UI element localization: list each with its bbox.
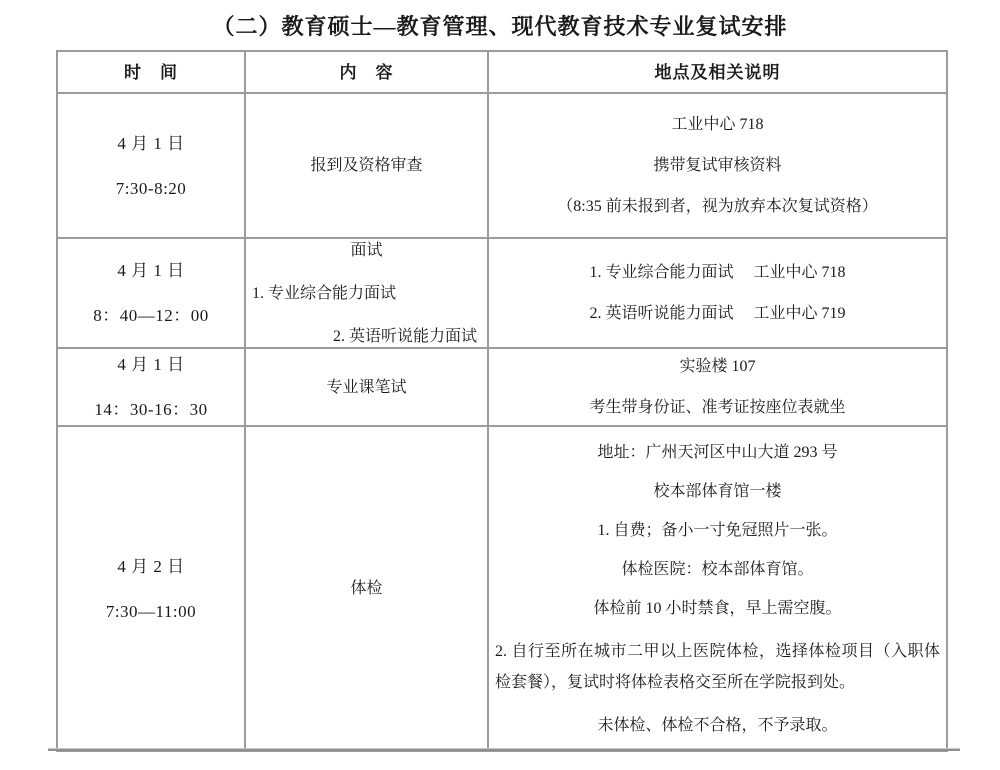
row3-content-cell: 专业课笔试: [246, 349, 489, 427]
row4-detail-fasting: 体检前 10 小时禁食，早上需空腹。: [593, 597, 841, 620]
row1-content-cell: 报到及资格审查: [246, 94, 489, 239]
row2-details-cell: 1. 专业综合能力面试 工业中心 718 2. 英语听说能力面试 工业中心 71…: [489, 239, 946, 349]
row2-detail-item2: 2. 英语听说能力面试 工业中心 719: [589, 302, 845, 325]
row3-time-cell: 4 月 1 日 14：30-16：30: [58, 349, 246, 427]
row2-content-item2: 2. 英语听说能力面试: [333, 325, 483, 348]
row4-detail-address: 地址：广州天河区中山大道 293 号: [597, 441, 837, 464]
row2-content-title: 面试: [350, 239, 382, 262]
row3-date: 4 月 1 日: [117, 353, 184, 376]
header-time-label: 时 间: [124, 61, 178, 84]
header-content-label: 内 容: [340, 61, 394, 84]
row1-detail-note: （8:35 前未报到者，视为放弃本次复试资格）: [557, 195, 877, 218]
row4-content-cell: 体检: [246, 427, 489, 750]
row4-detail-external: 2. 自行至所在城市二甲以上医院体检，选择体检项目（入职体检套餐），复试时将体检…: [495, 636, 940, 698]
row1-date: 4 月 1 日: [117, 132, 184, 155]
row2-detail-item1: 1. 专业综合能力面试 工业中心 718: [589, 261, 845, 284]
row4-detail-fee: 1. 自费；备小一寸免冠照片一张。: [597, 519, 837, 542]
row4-date: 4 月 2 日: [117, 555, 184, 578]
row4-detail-building: 校本部体育馆一楼: [653, 480, 781, 503]
row3-content: 专业课笔试: [326, 376, 406, 399]
row4-content: 体检: [350, 577, 382, 600]
header-details: 地点及相关说明: [489, 52, 946, 94]
table-bottom-rule: [48, 748, 960, 751]
schedule-table: 时 间 内 容 地点及相关说明 4 月 1 日 7:30-8:20 报到及资格审…: [56, 50, 948, 752]
row4-time-range: 7:30—11:00: [106, 600, 196, 623]
header-content: 内 容: [246, 52, 489, 94]
row1-details-cell: 工业中心 718 携带复试审核资料 （8:35 前未报到者，视为放弃本次复试资格…: [489, 94, 946, 239]
row2-content-item1: 1. 专业综合能力面试: [250, 282, 396, 305]
row1-detail-location: 工业中心 718: [671, 113, 763, 136]
row3-details-cell: 实验楼 107 考生带身份证、准考证按座位表就坐: [489, 349, 946, 427]
header-details-label: 地点及相关说明: [655, 61, 781, 84]
row3-time-range: 14：30-16：30: [94, 398, 207, 421]
row2-time-cell: 4 月 1 日 8：40—12：00: [58, 239, 246, 349]
row1-detail-materials: 携带复试审核资料: [653, 154, 781, 177]
row2-date: 4 月 1 日: [117, 259, 184, 282]
row3-detail-location: 实验楼 107: [679, 355, 755, 378]
row2-content-cell: 面试 1. 专业综合能力面试 2. 英语听说能力面试: [246, 239, 489, 349]
page-title: （二）教育硕士—教育管理、现代教育技术专业复试安排: [0, 10, 1000, 41]
row4-details-cell: 地址：广州天河区中山大道 293 号 校本部体育馆一楼 1. 自费；备小一寸免冠…: [489, 427, 946, 750]
row3-detail-note: 考生带身份证、准考证按座位表就坐: [589, 396, 845, 419]
row4-detail-hospital: 体检医院：校本部体育馆。: [621, 558, 813, 581]
row4-detail-warning: 未体检、体检不合格，不予录取。: [597, 714, 837, 737]
document-page: （二）教育硕士—教育管理、现代教育技术专业复试安排 时 间 内 容 地点及相关说…: [0, 0, 1000, 770]
row1-content: 报到及资格审查: [310, 154, 422, 177]
row1-time-range: 7:30-8:20: [116, 177, 187, 200]
row2-time-range: 8：40—12：00: [93, 304, 209, 327]
header-time: 时 间: [58, 52, 246, 94]
row4-time-cell: 4 月 2 日 7:30—11:00: [58, 427, 246, 750]
row1-time-cell: 4 月 1 日 7:30-8:20: [58, 94, 246, 239]
